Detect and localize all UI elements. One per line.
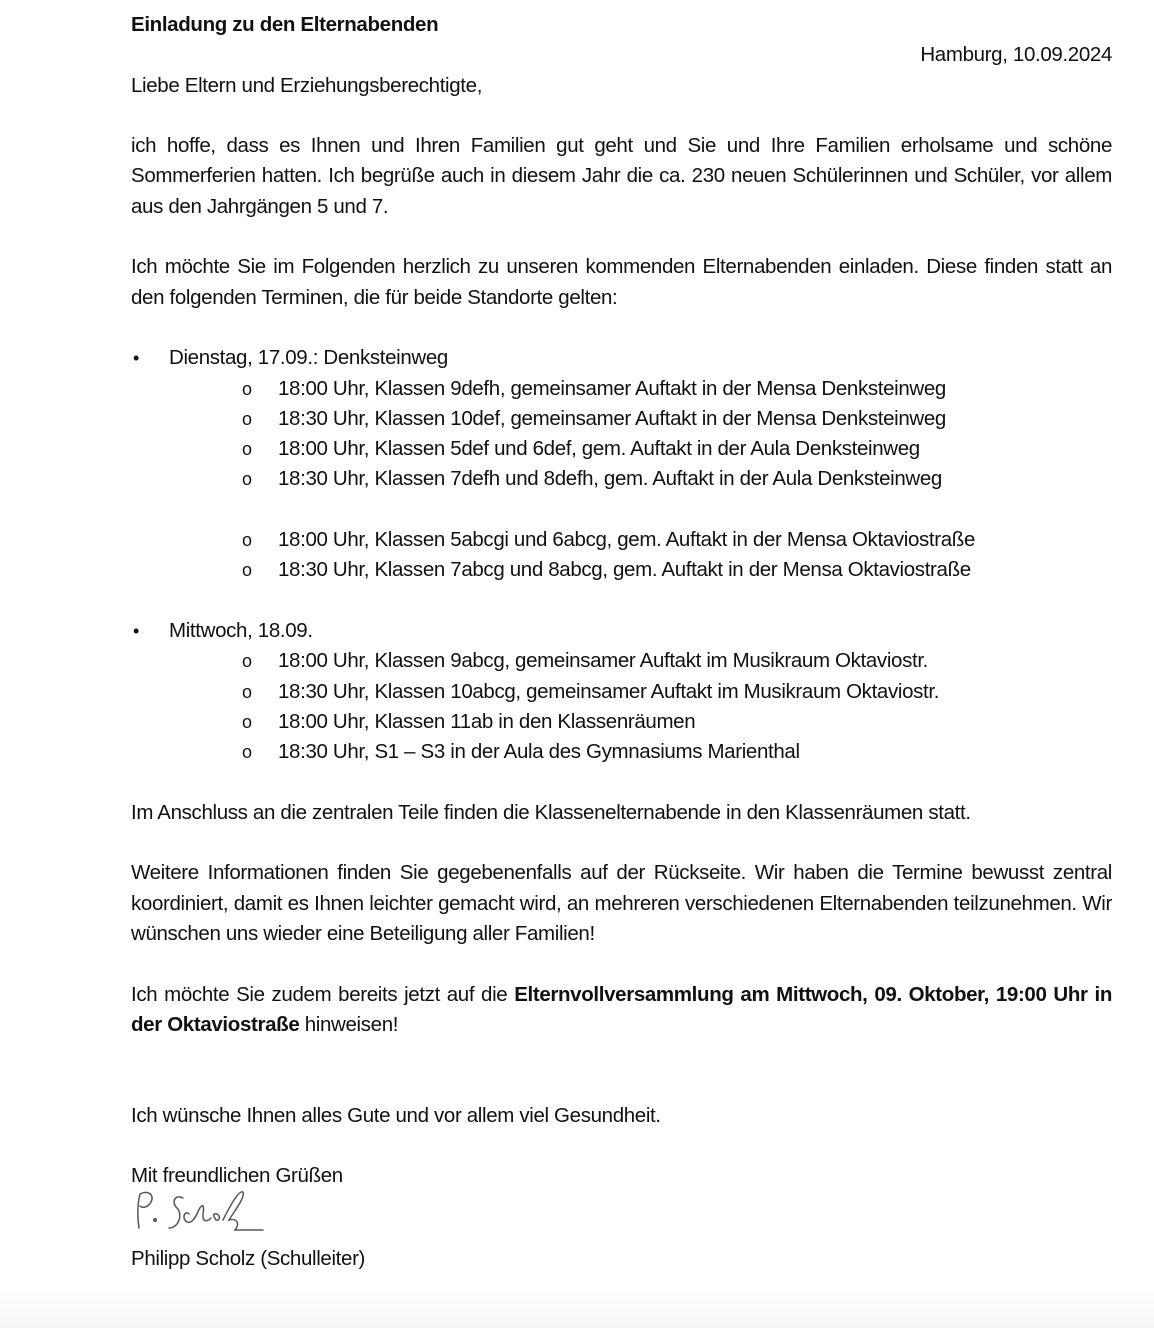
schedule-entry-text: 18:00 Uhr, Klassen 9abcg, gemeinsamer Au…: [278, 649, 928, 672]
assembly-text-after: hinweisen!: [299, 1013, 398, 1036]
schedule-day: •Dienstag, 17.09.: Denksteinwego18:00 Uh…: [131, 343, 1112, 585]
schedule-entry: o18:00 Uhr, Klassen 5abcgi und 6abcg, ge…: [169, 525, 1112, 555]
circle-bullet-icon: o: [242, 434, 252, 464]
schedule-day-label: Dienstag, 17.09.: Denksteinweg: [169, 346, 448, 369]
assembly-text-before: Ich möchte Sie zudem bereits jetzt auf d…: [131, 983, 514, 1006]
schedule-entry: o18:30 Uhr, Klassen 10def, gemeinsamer A…: [169, 404, 1112, 434]
intro-paragraph: ich hoffe, dass es Ihnen und Ihren Famil…: [131, 131, 1112, 222]
circle-bullet-icon: o: [242, 404, 252, 434]
salutation: Liebe Eltern und Erziehungsberechtigte,: [131, 71, 1112, 101]
schedule-day-label: Mittwoch, 18.09.: [169, 619, 313, 642]
circle-bullet-icon: o: [242, 555, 252, 585]
invite-paragraph: Ich möchte Sie im Folgenden herzlich zu …: [131, 252, 1112, 313]
signer-name: Philipp Scholz (Schulleiter): [131, 1244, 1112, 1274]
schedule-entry: o18:30 Uhr, S1 – S3 in der Aula des Gymn…: [169, 737, 1112, 767]
bullet-icon: •: [133, 343, 139, 373]
schedule-entry-text: 18:30 Uhr, S1 – S3 in der Aula des Gymna…: [278, 740, 800, 763]
signature-icon: [131, 1184, 291, 1248]
schedule-entry-text: 18:30 Uhr, Klassen 10abcg, gemeinsamer A…: [278, 680, 939, 703]
schedule-entry: o18:00 Uhr, Klassen 9abcg, gemeinsamer A…: [169, 646, 1112, 676]
schedule-entry-text: 18:00 Uhr, Klassen 11ab in den Klassenrä…: [278, 710, 695, 733]
signature-image: [131, 1184, 1112, 1244]
circle-bullet-icon: o: [242, 374, 252, 404]
bullet-icon: •: [133, 616, 139, 646]
schedule-spacer: [169, 495, 1112, 525]
schedule-entry-text: 18:30 Uhr, Klassen 10def, gemeinsamer Au…: [278, 407, 946, 430]
letter-page: Einladung zu den Elternabenden Hamburg, …: [131, 10, 1112, 1274]
letter-title: Einladung zu den Elternabenden: [131, 10, 1112, 40]
schedule-entry-text: 18:30 Uhr, Klassen 7defh und 8defh, gem.…: [278, 467, 942, 490]
after-paragraph: Im Anschluss an die zentralen Teile find…: [131, 798, 1112, 828]
schedule-entry: o18:30 Uhr, Klassen 10abcg, gemeinsamer …: [169, 677, 1112, 707]
schedule-entry-text: 18:30 Uhr, Klassen 7abcg und 8abcg, gem.…: [278, 558, 971, 581]
circle-bullet-icon: o: [242, 525, 252, 555]
page-bottom-edge: [0, 1288, 1154, 1328]
circle-bullet-icon: o: [242, 646, 252, 676]
schedule-entry-text: 18:00 Uhr, Klassen 5def und 6def, gem. A…: [278, 437, 920, 460]
circle-bullet-icon: o: [242, 677, 252, 707]
circle-bullet-icon: o: [242, 464, 252, 494]
schedule-entries: o18:00 Uhr, Klassen 9abcg, gemeinsamer A…: [169, 646, 1112, 767]
schedule-entry: o18:00 Uhr, Klassen 11ab in den Klassenr…: [169, 707, 1112, 737]
assembly-paragraph: Ich möchte Sie zudem bereits jetzt auf d…: [131, 980, 1112, 1041]
date-line: Hamburg, 10.09.2024: [131, 40, 1112, 70]
schedule-entry: o18:30 Uhr, Klassen 7abcg und 8abcg, gem…: [169, 555, 1112, 585]
schedule-entry-text: 18:00 Uhr, Klassen 9defh, gemeinsamer Au…: [278, 377, 946, 400]
circle-bullet-icon: o: [242, 737, 252, 767]
info-paragraph: Weitere Informationen finden Sie gegeben…: [131, 858, 1112, 949]
schedule-entry-text: 18:00 Uhr, Klassen 5abcgi und 6abcg, gem…: [278, 528, 975, 551]
schedule-spacer: [131, 586, 1112, 616]
wish-line: Ich wünsche Ihnen alles Gute und vor all…: [131, 1101, 1112, 1131]
schedule-day: •Mittwoch, 18.09.o18:00 Uhr, Klassen 9ab…: [131, 616, 1112, 767]
schedule-entry: o18:00 Uhr, Klassen 5def und 6def, gem. …: [169, 434, 1112, 464]
circle-bullet-icon: o: [242, 707, 252, 737]
schedule-entry: o18:00 Uhr, Klassen 9defh, gemeinsamer A…: [169, 374, 1112, 404]
schedule-list: •Dienstag, 17.09.: Denksteinwego18:00 Uh…: [131, 343, 1112, 767]
schedule-entries: o18:00 Uhr, Klassen 9defh, gemeinsamer A…: [169, 374, 1112, 586]
schedule-entry: o18:30 Uhr, Klassen 7defh und 8defh, gem…: [169, 464, 1112, 494]
